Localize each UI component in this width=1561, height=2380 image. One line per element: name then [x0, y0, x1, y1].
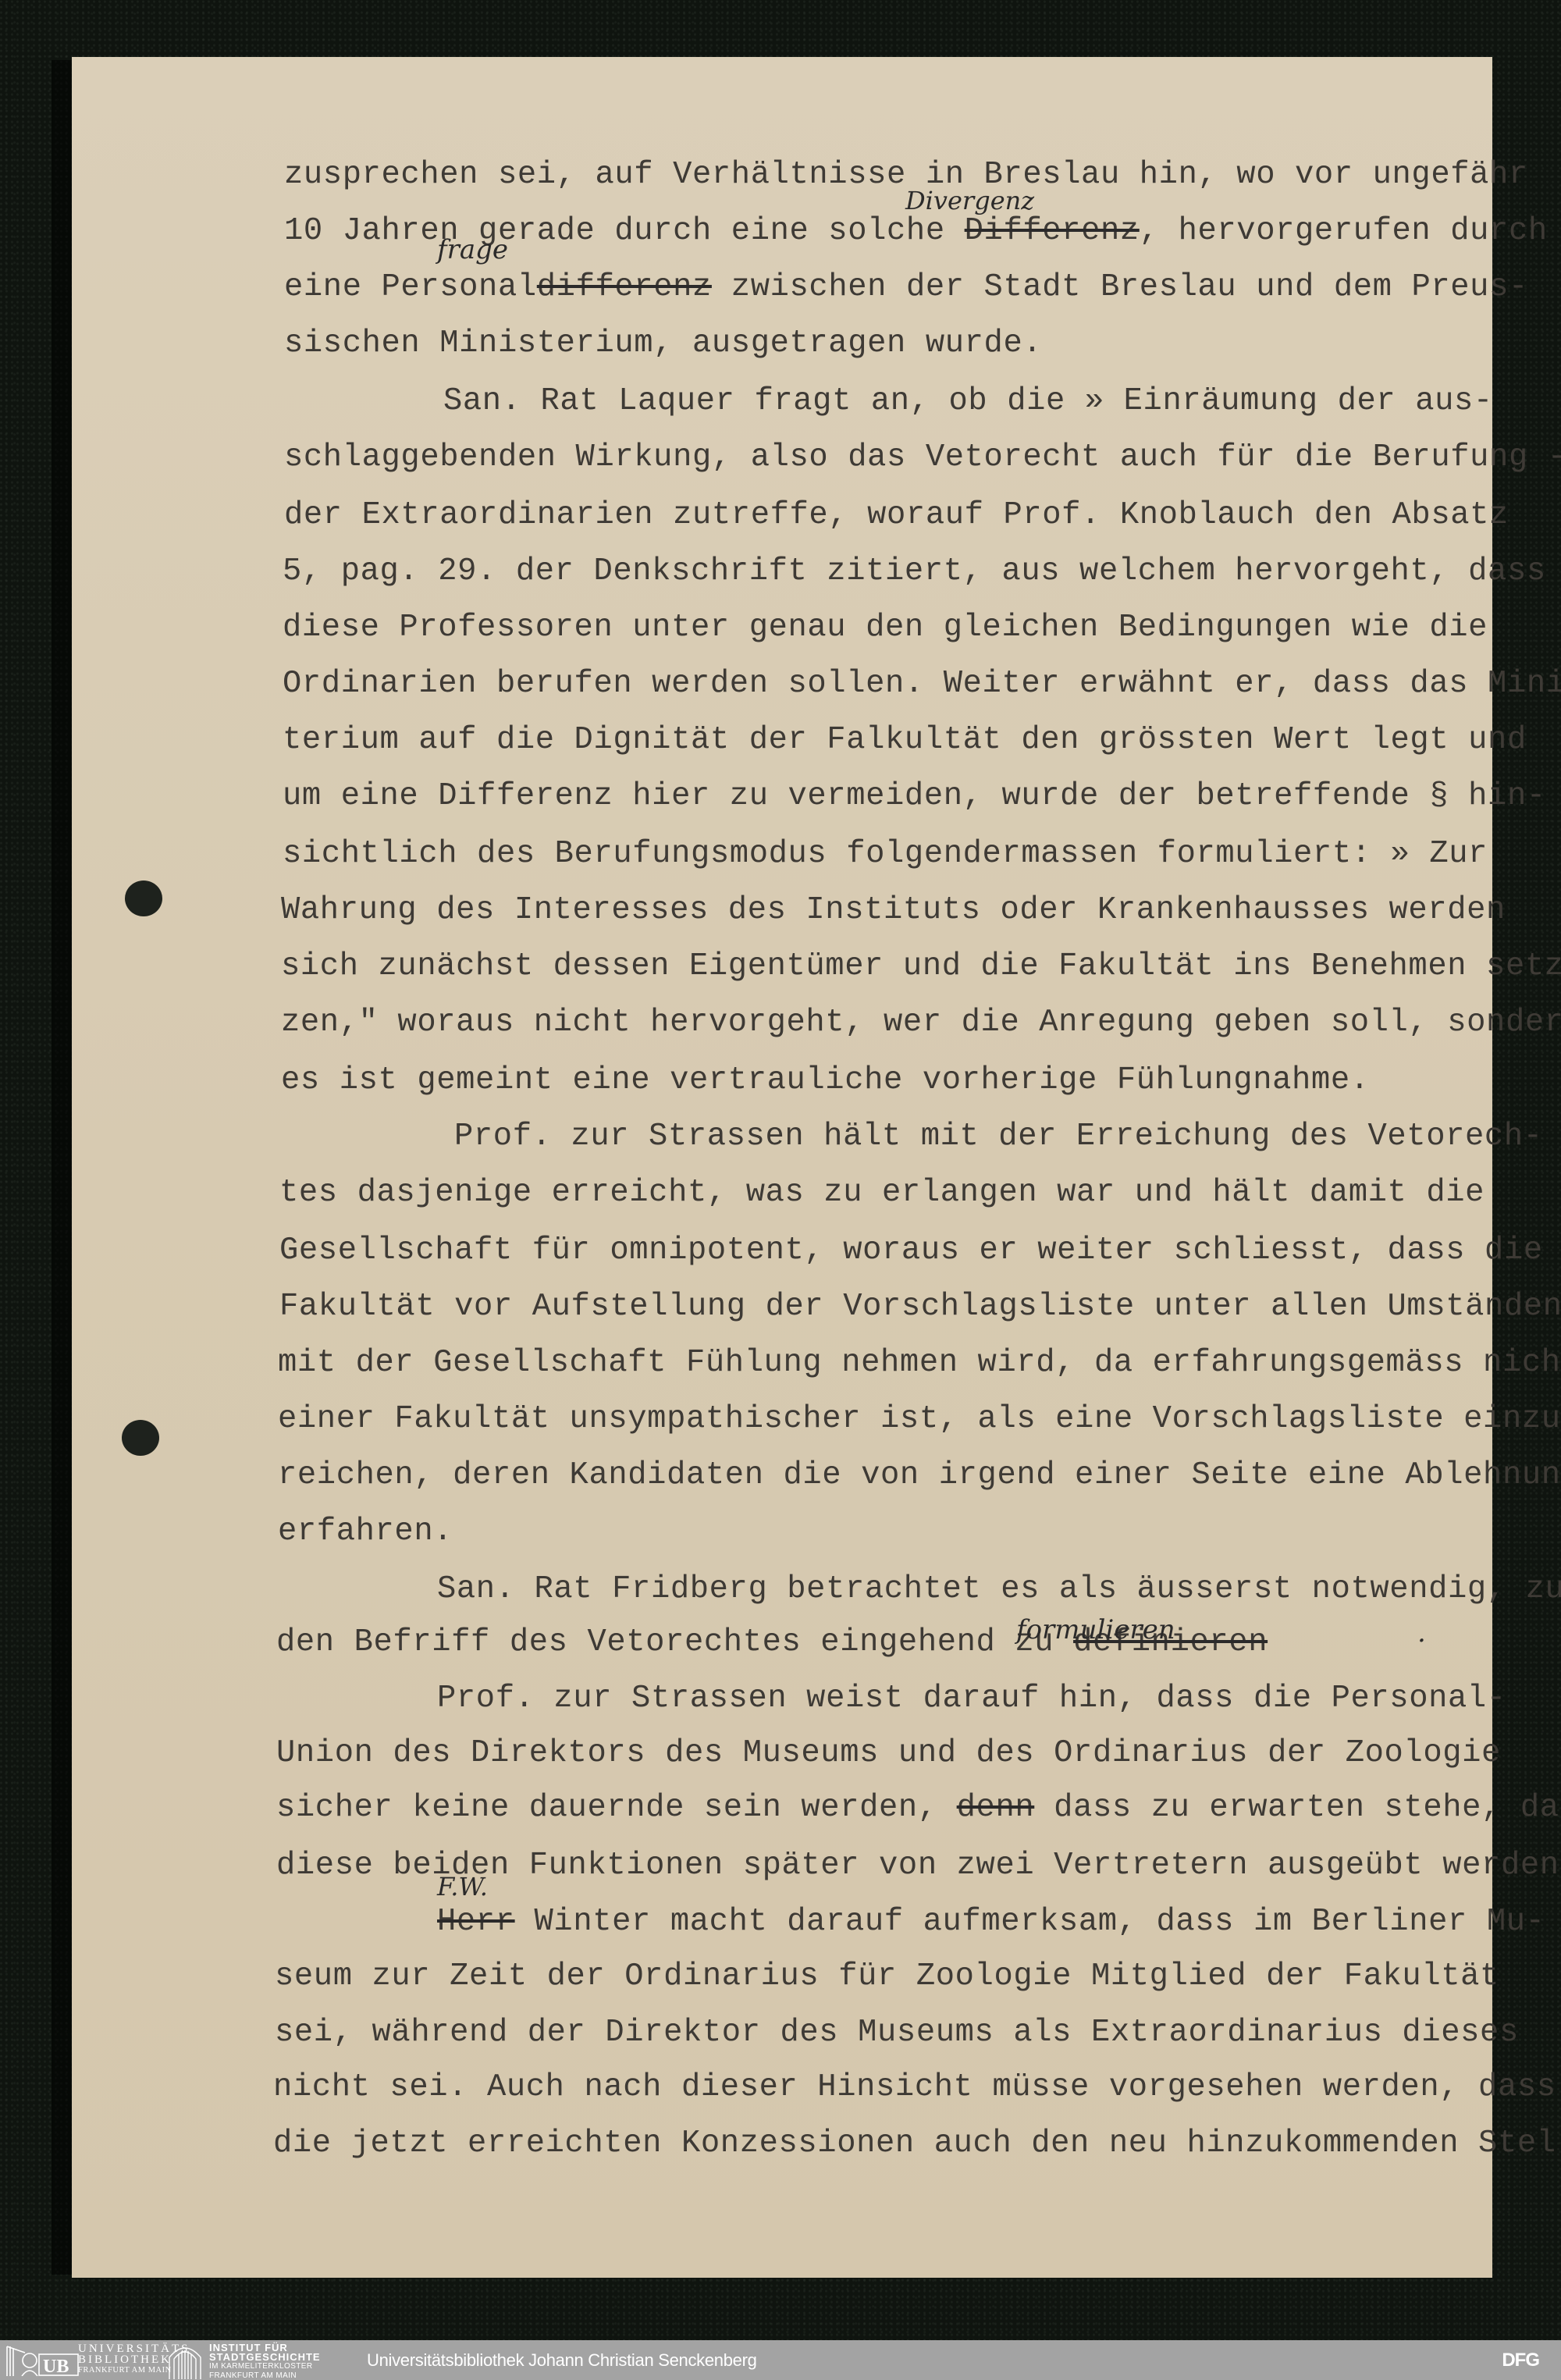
text-line: reichen, deren Kandidaten die von irgend…: [278, 1457, 1561, 1494]
text-line: Union des Direktors des Museums und des …: [276, 1734, 1501, 1772]
text-line: die jetzt erreichten Konzessionen auch d…: [273, 2125, 1561, 2162]
text-line: San. Rat Laquer fragt an, ob die » Einrä…: [443, 382, 1493, 420]
text-line: San. Rat Fridberg betrachtet es als äuss…: [437, 1571, 1561, 1608]
handwritten-correction: Divergenz: [905, 186, 1034, 215]
handwritten-correction: F.W.: [437, 1872, 488, 1902]
struck-word: denn: [957, 1790, 1035, 1826]
punch-hole: [122, 1420, 159, 1456]
text-line: zen," woraus nicht hervorgeht, wer die A…: [281, 1004, 1561, 1041]
footer-bar: UB UNIVERSITÄTS BIBLIOTHEK FRANKFURT AM …: [0, 2340, 1561, 2380]
text-line: sich zunächst dessen Eigentümer und die …: [281, 948, 1561, 985]
text-line: der Extraordinarien zutreffe, worauf Pro…: [284, 496, 1509, 534]
text-line: sicher keine dauernde sein werden, denn …: [276, 1789, 1561, 1827]
text-line: seum zur Zeit der Ordinarius für Zoologi…: [275, 1958, 1499, 1995]
struck-word: Differenz: [965, 213, 1140, 249]
text-line: schlaggebenden Wirkung, also das Vetorec…: [284, 439, 1561, 476]
text-line: es ist gemeint eine vertrauliche vorheri…: [281, 1062, 1370, 1099]
struck-word: differenz: [537, 269, 712, 305]
text-line: Gesellschaft für omnipotent, woraus er w…: [279, 1232, 1543, 1269]
handwritten-correction: frage: [437, 234, 508, 265]
text-line: 5, pag. 29. der Denkschrift zitiert, aus…: [283, 553, 1546, 590]
institute-arch-logo-icon: [168, 2343, 202, 2379]
text-line: sei, während der Direktor des Museums al…: [275, 2014, 1519, 2051]
text-line: Fakultät vor Aufstellung der Vorschlagsl…: [279, 1288, 1561, 1325]
text-line: terium auf die Dignität der Falkultät de…: [283, 721, 1527, 759]
svg-text:UB: UB: [43, 2357, 69, 2376]
text-line: Ordinarien berufen werden sollen. Weiter…: [283, 665, 1561, 703]
text-line: Prof. zur Strassen hält mit der Erreichu…: [454, 1118, 1543, 1155]
text-line: erfahren.: [278, 1513, 453, 1550]
text-line: Herr Winter macht darauf aufmerksam, das…: [437, 1903, 1545, 1941]
text-line: mit der Gesellschaft Fühlung nehmen wird…: [278, 1344, 1561, 1382]
text-line: Wahrung des Interesses des Instituts ode…: [281, 891, 1506, 929]
text-line: Prof. zur Strassen weist darauf hin, das…: [437, 1680, 1506, 1717]
text-line: sischen Ministerium, ausgetragen wurde.: [284, 325, 1042, 362]
handwritten-correction: .: [1417, 1617, 1426, 1649]
struck-word: Herr: [437, 1904, 515, 1940]
punch-hole: [125, 880, 162, 916]
institute-name: INSTITUT FÜR STADTGESCHICHTE IM KARMELIT…: [209, 2343, 321, 2380]
text-line: nicht sei. Auch nach dieser Hinsicht müs…: [273, 2069, 1556, 2106]
text-line: sichtlich des Berufungsmodus folgenderma…: [283, 835, 1488, 873]
text-line: um eine Differenz hier zu vermeiden, wur…: [283, 777, 1546, 815]
footer-library-title: Universitätsbibliothek Johann Christian …: [367, 2350, 757, 2371]
text-line: diese Professoren unter genau den gleich…: [283, 609, 1488, 646]
text-line: einer Fakultät unsympathischer ist, als …: [278, 1400, 1561, 1438]
text-line: tes dasjenige erreicht, was zu erlangen …: [279, 1174, 1485, 1211]
dfg-logo: DFG: [1502, 2350, 1539, 2371]
text-line: eine Personaldifferenz zwischen der Stad…: [284, 269, 1528, 306]
ub-library-logo-icon: UB: [5, 2345, 80, 2376]
handwritten-correction: formulieren: [1016, 1614, 1175, 1645]
